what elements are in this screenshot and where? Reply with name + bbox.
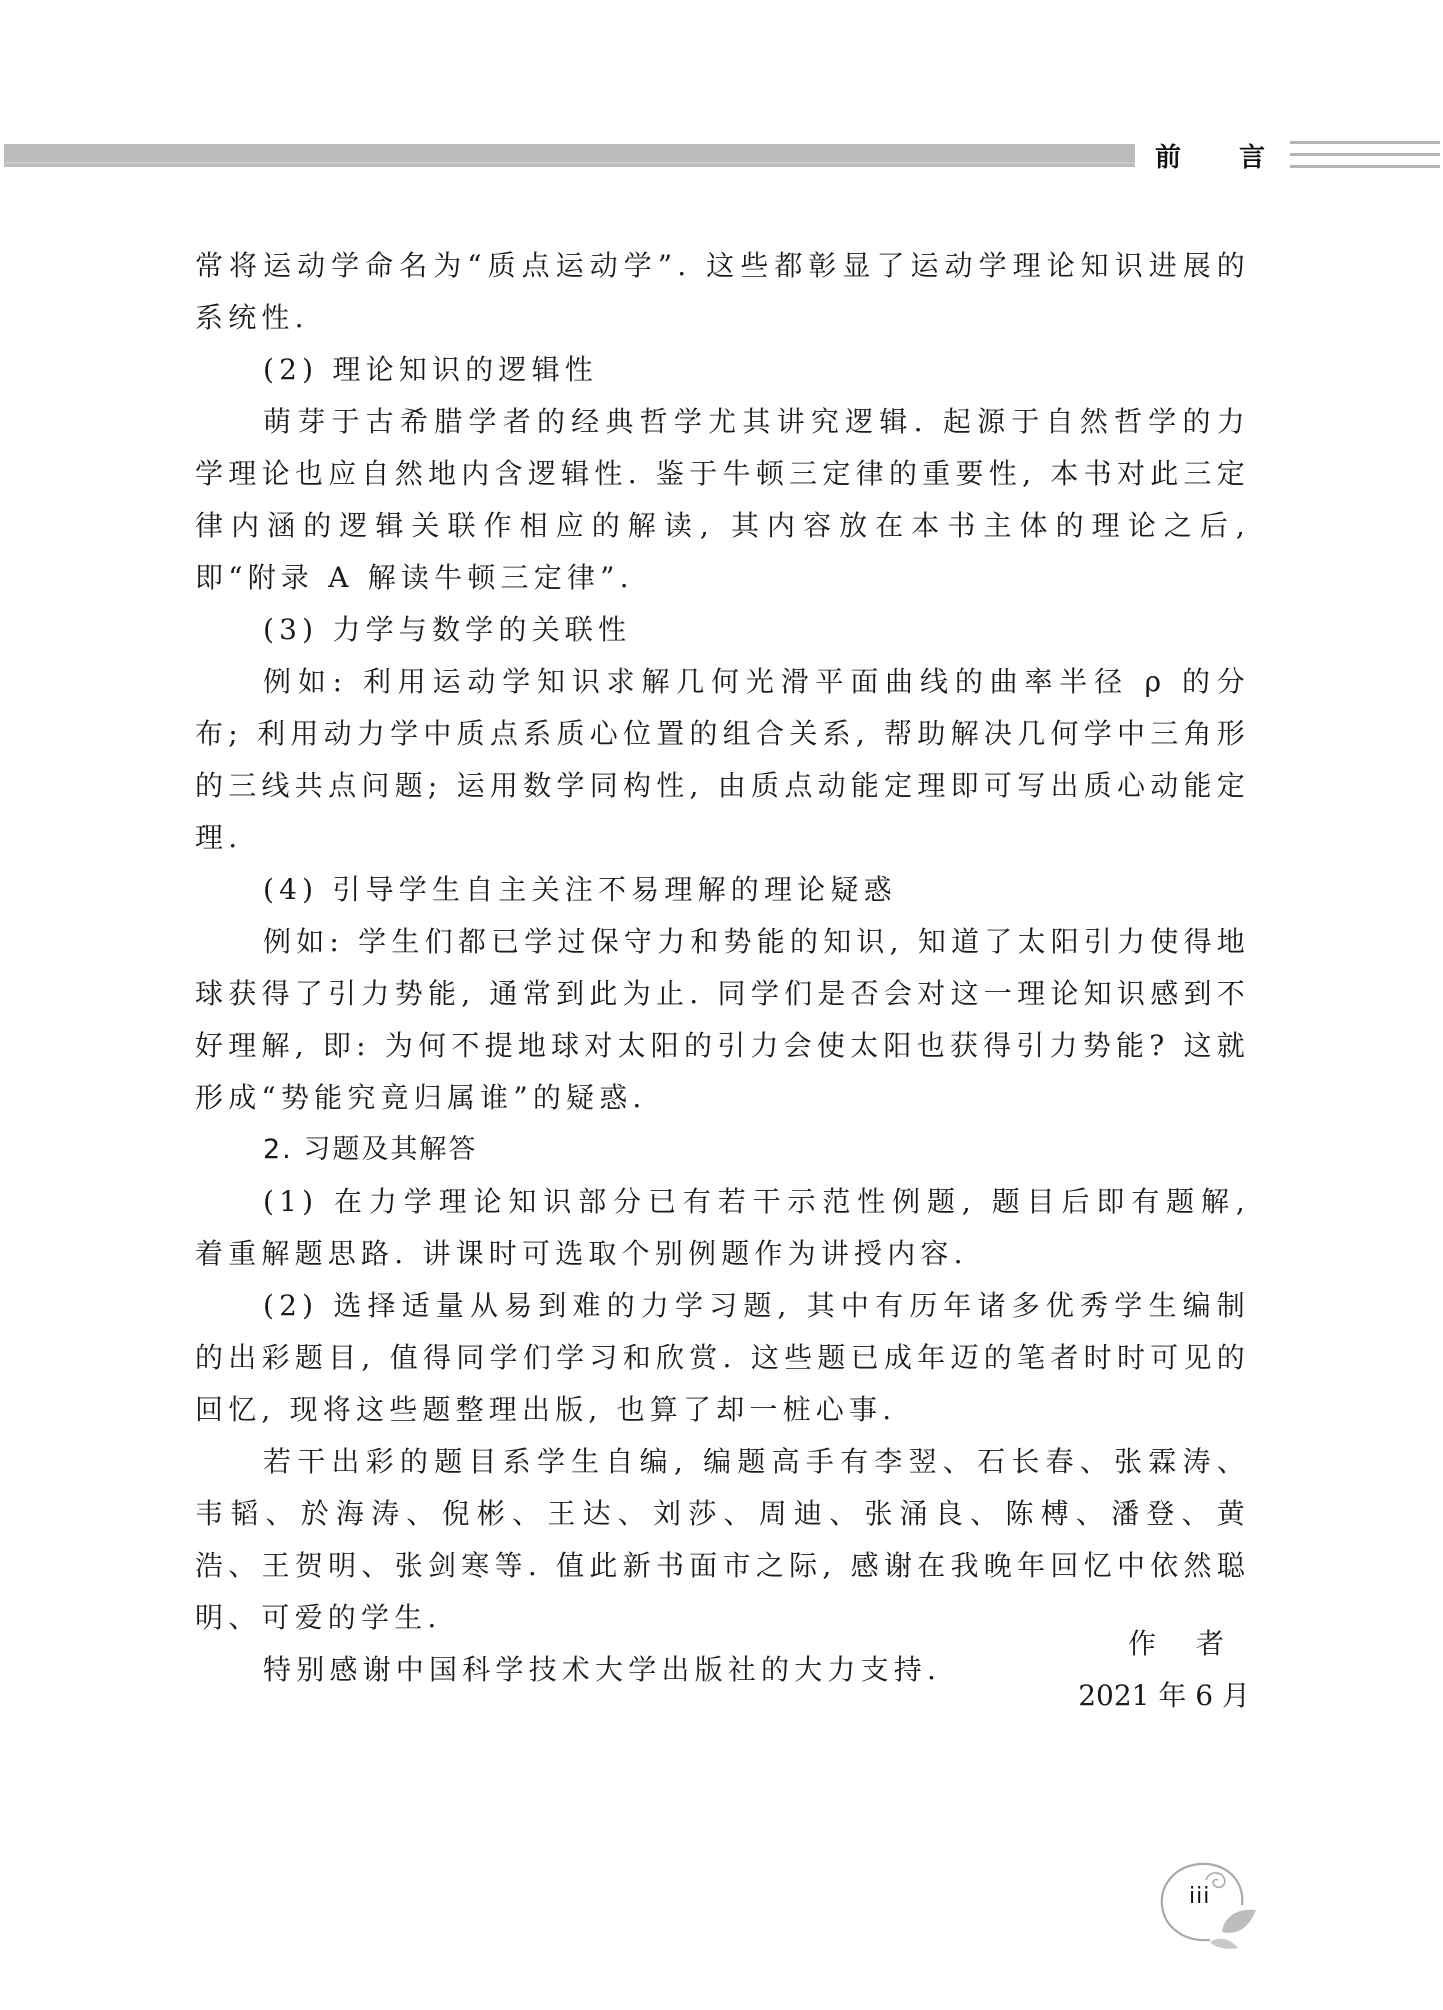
signature-author: 作者 (1050, 1618, 1264, 1670)
page-title-char-2: 言 (1239, 137, 1265, 174)
decoration-line (1290, 153, 1440, 156)
paragraph-continuation: 常将运动学命名为“质点运动学”. 这些都彰显了运动学理论知识进展的系统性. (195, 240, 1250, 344)
paragraph: 若干出彩的题目系学生自编, 编题高手有李翌、石长春、张霖涛、韦韬、於海涛、倪彬、… (195, 1436, 1250, 1644)
decoration-line (1290, 165, 1440, 168)
paragraph: 例如: 学生们都已学过保守力和势能的知识, 知道了太阳引力使得地球获得了引力势能… (195, 916, 1250, 1124)
page-title: 前 言 (1155, 138, 1265, 172)
signature: 作者 2021 年 6 月 (1050, 1618, 1250, 1722)
paragraph: 萌芽于古希腊学者的经典哲学尤其讲究逻辑. 起源于自然哲学的力学理论也应自然地内含… (195, 396, 1250, 604)
section-heading: 2. 习题及其解答 (195, 1124, 1250, 1176)
signature-date: 2021 年 6 月 (1050, 1670, 1250, 1722)
paragraph: (2) 选择适量从易到难的力学习题, 其中有历年诸多优秀学生编制的出彩题目, 值… (195, 1280, 1250, 1436)
page-title-char-1: 前 (1155, 137, 1181, 174)
subheading: (4) 引导学生自主关注不易理解的理论疑惑 (195, 864, 1250, 916)
decoration-line (1290, 141, 1440, 144)
body-text: 常将运动学命名为“质点运动学”. 这些都彰显了运动学理论知识进展的系统性. (2… (195, 240, 1250, 1696)
paragraph: (1) 在力学理论知识部分已有若干示范性例题, 题目后即有题解, 着重解题思路.… (195, 1176, 1250, 1280)
subheading: (3) 力学与数学的关联性 (195, 604, 1250, 656)
header-bar (4, 144, 1135, 167)
header-decoration-lines (1290, 141, 1440, 177)
subheading: (2) 理论知识的逻辑性 (195, 344, 1250, 396)
page-number: iii (1189, 1884, 1210, 1909)
paragraph: 例如: 利用运动学知识求解几何光滑平面曲线的曲率半径 ρ 的分布; 利用动力学中… (195, 656, 1250, 864)
